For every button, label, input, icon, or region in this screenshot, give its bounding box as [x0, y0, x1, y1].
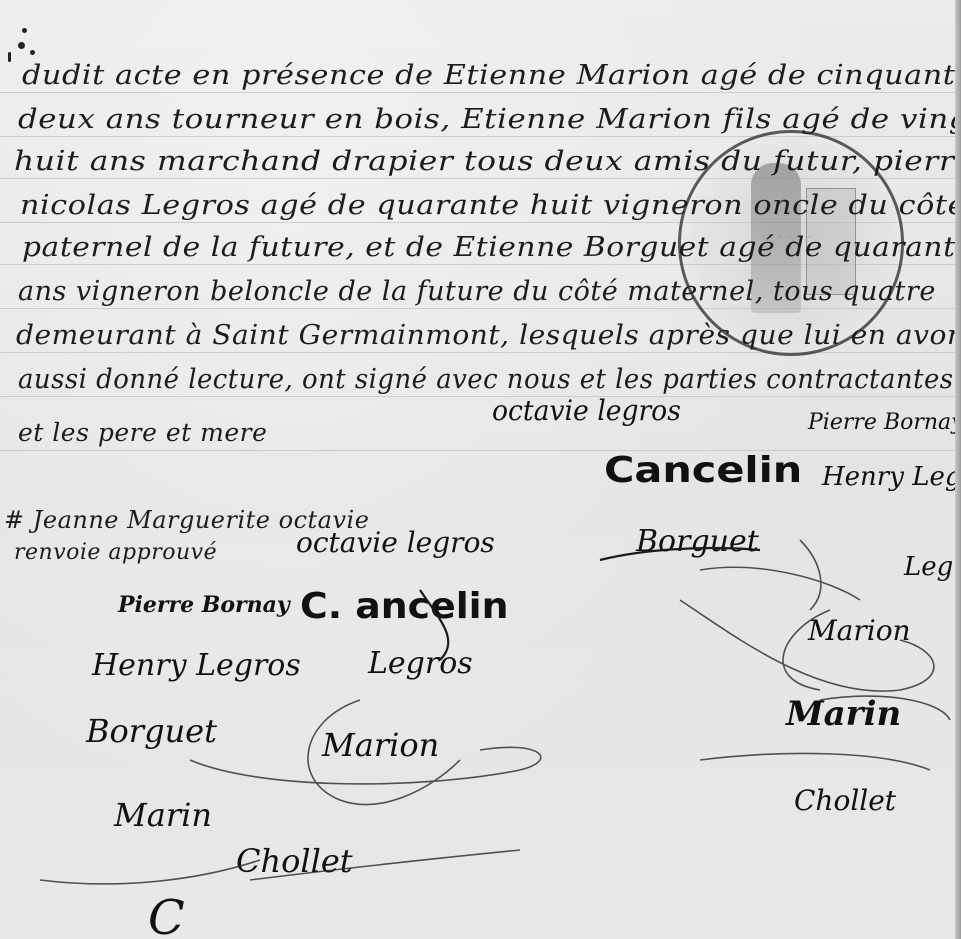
body-line-7: demeurant à Saint Germainmont, lesquels …: [16, 320, 961, 351]
ink-speck: [30, 50, 35, 55]
signature-legros-left: Legros: [368, 646, 473, 681]
signature-chollet-left: Chollet: [236, 842, 353, 880]
signature-marin-right: Marin: [786, 694, 901, 734]
signature-legr-right: Legr: [904, 552, 961, 582]
signature-pierre-bornay-left: Pierre Bornay: [118, 592, 290, 618]
signature-marin-left: Marin: [114, 796, 212, 834]
body-line-9: et les pere et mere: [18, 418, 267, 447]
signature-borguet-left: Borguet: [86, 712, 217, 750]
rule-line: [0, 450, 955, 451]
body-line-2: deux ans tourneur en bois, Etienne Mario…: [18, 104, 961, 135]
ink-speck: [18, 42, 25, 49]
signature-cancelin-left: C. ancelin: [300, 586, 509, 627]
signature-marion-right: Marion: [808, 614, 911, 647]
body-line-4: nicolas Legros agé de quarante huit vign…: [20, 190, 961, 221]
signature-cancelin-right: Cancelin: [604, 450, 802, 491]
signature-marion-left: Marion: [322, 726, 439, 764]
body-line-5: paternel de la future, et de Etienne Bor…: [22, 232, 961, 263]
signature-chollet-right: Chollet: [794, 784, 896, 817]
rule-line: [0, 396, 955, 397]
signature-henry-legros-left: Henry Legros: [92, 648, 301, 683]
margin-note-line-2: renvoie approuvé: [14, 540, 217, 565]
body-line-1: dudit acte en présence de Etienne Marion…: [22, 60, 961, 91]
body-line-3: huit ans marchand drapier tous deux amis…: [14, 146, 961, 177]
ink-speck: [8, 52, 11, 62]
signature-partial-bottom: C: [148, 890, 185, 939]
document-page: · · · · · dudit acte en présence de Etie…: [0, 0, 961, 939]
signature-borguet-right: Borguet: [636, 524, 759, 559]
body-line-6: ans vigneron beloncle de la future du cô…: [18, 276, 936, 307]
signature-octavie-legros-top: octavie legros: [492, 394, 681, 427]
signature-pierre-bornay-right: Pierre Bornay: [808, 410, 961, 435]
signature-octavie-legros-left: octavie legros: [296, 526, 495, 559]
ink-speck: [22, 28, 27, 33]
signature-henry-legr-right: Henry Legr: [822, 462, 961, 492]
page-edge: [955, 0, 961, 939]
rule-line: [0, 92, 955, 93]
body-line-8: aussi donné lecture, ont signé avec nous…: [18, 364, 954, 395]
